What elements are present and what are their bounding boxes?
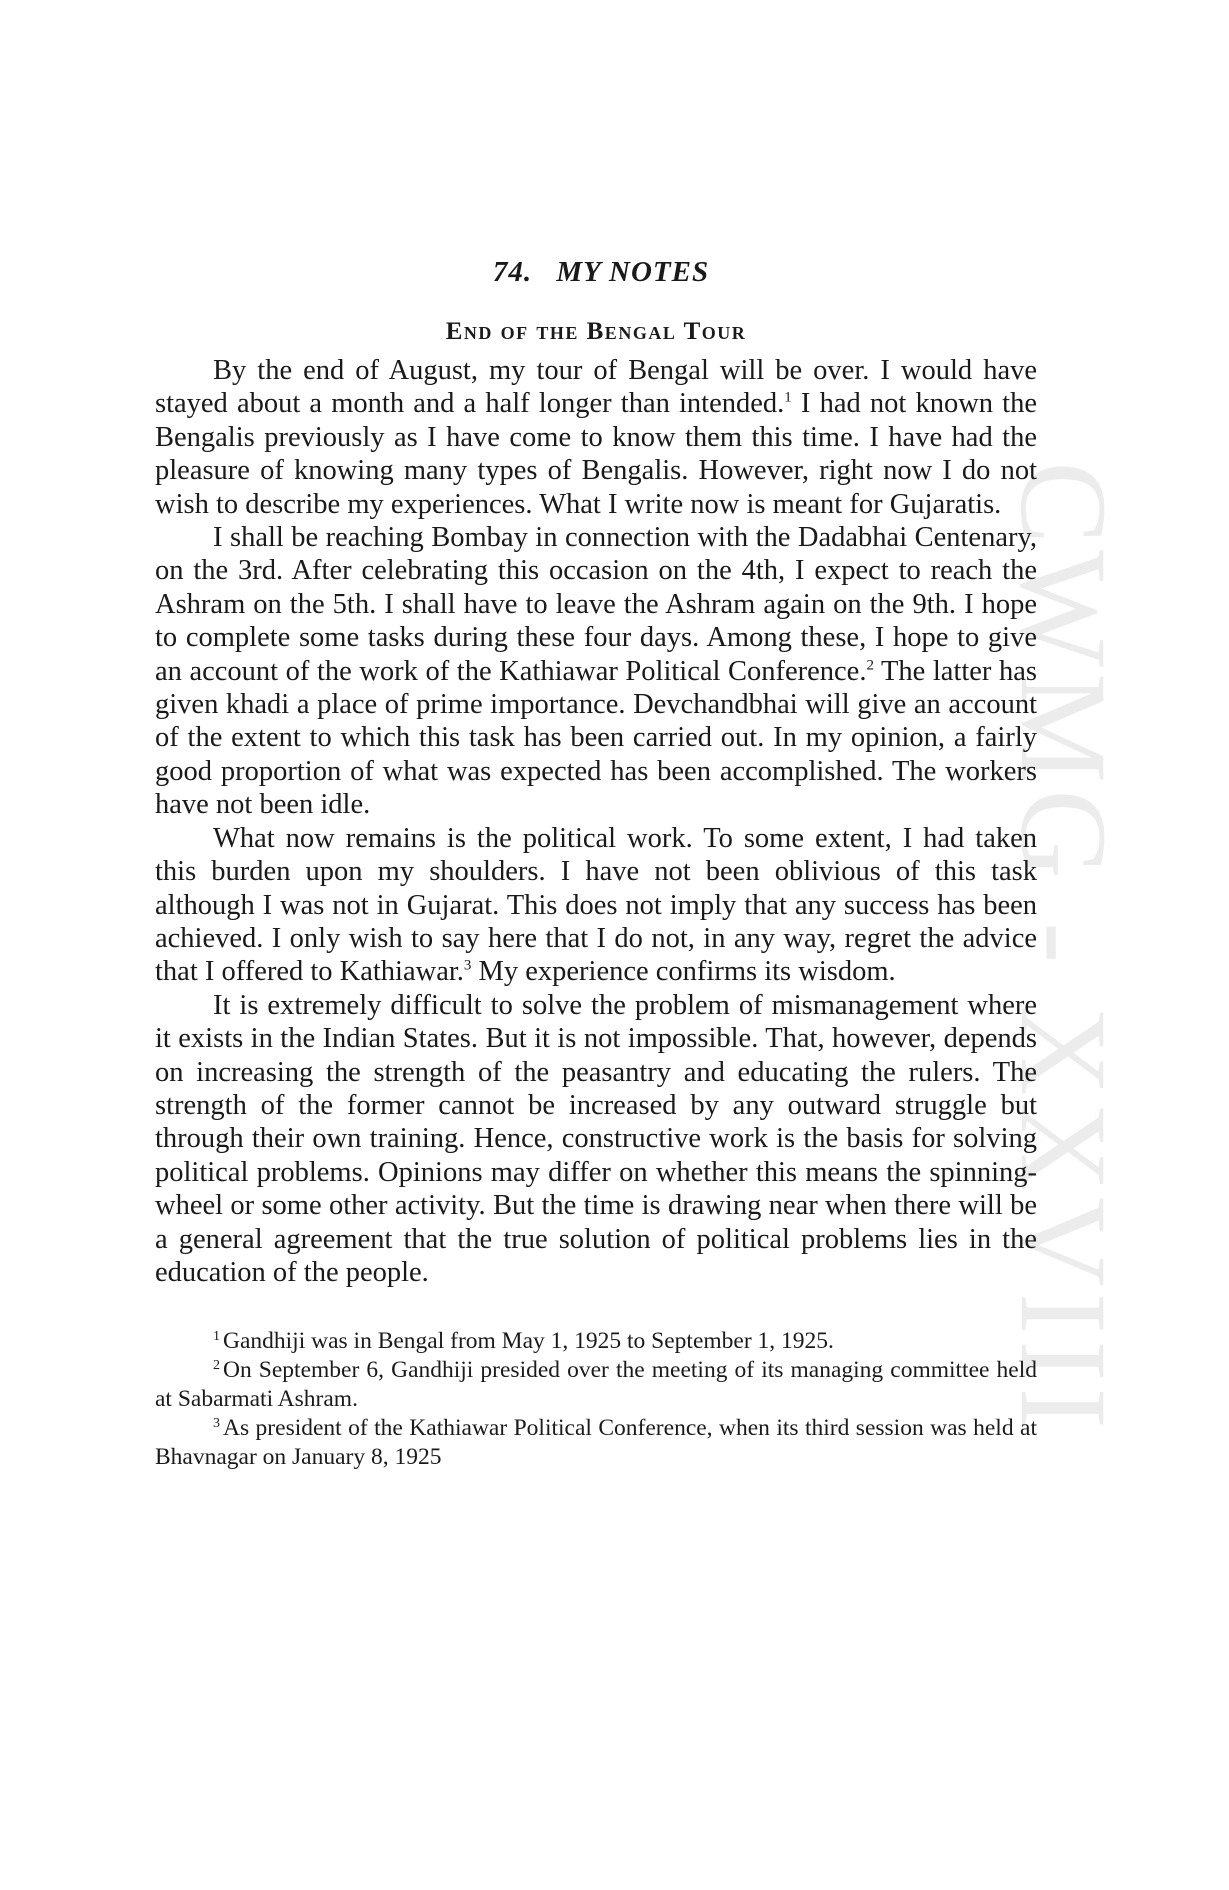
footnote-reference: 1 bbox=[784, 390, 792, 406]
footnote-marker: 2 bbox=[213, 1358, 220, 1373]
paragraph-text: My experience confirms its wisdom. bbox=[471, 956, 895, 987]
body-text: By the end of August, my tour of Bengal … bbox=[155, 354, 1037, 1289]
footnote: 1Gandhiji was in Bengal from May 1, 1925… bbox=[155, 1327, 1037, 1356]
article-title-text: MY NOTES bbox=[556, 256, 709, 288]
paragraph: By the end of August, my tour of Bengal … bbox=[155, 354, 1037, 521]
article-number: 74. bbox=[493, 256, 532, 288]
footnote-reference: 2 bbox=[866, 657, 874, 673]
footnote-marker: 1 bbox=[213, 1329, 220, 1344]
paragraph: What now remains is the political work. … bbox=[155, 822, 1037, 989]
paragraph-text: It is extremely difficult to solve the p… bbox=[155, 990, 1037, 1288]
footnote-marker: 3 bbox=[213, 1416, 220, 1431]
document-page: 74. MY NOTES End of the Bengal Tour By t… bbox=[155, 252, 1037, 1472]
paragraph: It is extremely difficult to solve the p… bbox=[155, 989, 1037, 1290]
footnote-text: As president of the Kathiawar Political … bbox=[155, 1415, 1037, 1470]
section-heading: End of the Bengal Tour bbox=[155, 314, 1037, 350]
footnote-text: On September 6, Gandhiji presided over t… bbox=[155, 1357, 1037, 1412]
article-title: 74. MY NOTES bbox=[155, 252, 1037, 292]
paragraph: I shall be reaching Bombay in connection… bbox=[155, 521, 1037, 822]
footnotes: 1Gandhiji was in Bengal from May 1, 1925… bbox=[155, 1327, 1037, 1472]
footnote-text: Gandhiji was in Bengal from May 1, 1925 … bbox=[223, 1328, 834, 1354]
footnote: 3As president of the Kathiawar Political… bbox=[155, 1414, 1037, 1472]
footnote: 2On September 6, Gandhiji presided over … bbox=[155, 1356, 1037, 1414]
